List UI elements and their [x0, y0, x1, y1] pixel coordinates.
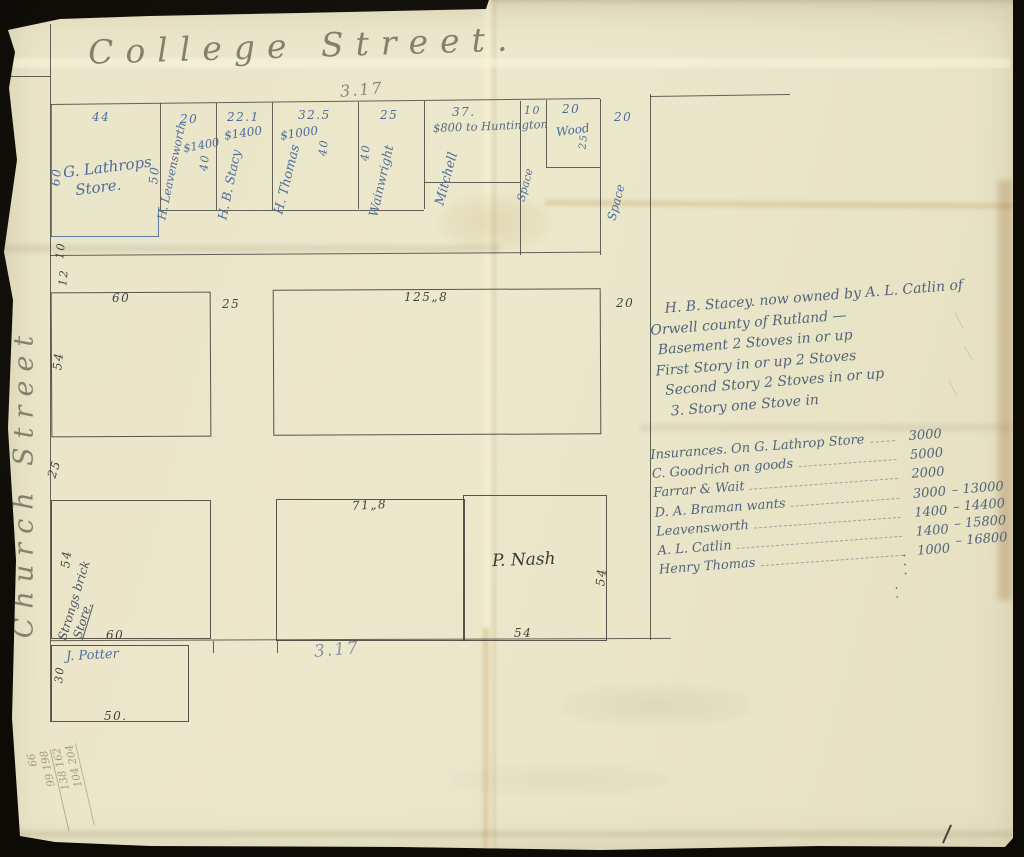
lot-owner: Mitchell	[433, 151, 462, 207]
crease-left	[0, 245, 500, 252]
street-label-church: Church Street	[9, 268, 40, 698]
insurance-amount: 3000	[904, 484, 947, 502]
stacey-memo: H. B. Stacey. now owned by A. L. Catlin …	[648, 270, 1024, 422]
margin-width-dim: 20	[614, 110, 632, 124]
strongs-front-dim: 60	[106, 628, 124, 642]
wood-rear-line	[546, 167, 600, 168]
lot-width: 25	[380, 108, 398, 122]
ghost-showthrough	[560, 685, 750, 725]
lower-mid-front-dim: 71„8	[352, 497, 388, 513]
potter-owner-label: J. Potter	[66, 647, 120, 665]
mid-lot-west	[51, 292, 212, 438]
nash-front-dim: 54	[514, 626, 532, 640]
fold-stain-lower	[481, 628, 491, 853]
insurance-amount: 3000	[899, 427, 942, 445]
insurance-list: Insurances. On G. Lathrop Store3000 C. G…	[650, 421, 1024, 582]
insurance-total	[943, 451, 1023, 457]
insurance-amount: 5000	[901, 446, 944, 464]
mid-gap-dim: 25	[222, 297, 240, 311]
nash-side-dim: 54	[593, 567, 609, 587]
store-frontage-dim: 44	[92, 110, 110, 124]
lower-mid-lot	[276, 499, 465, 641]
scanned-plat-map: { "street": { "top": "College Street.", …	[0, 0, 1024, 857]
insurance-amount: 1000	[908, 541, 951, 559]
mid-lot-east	[273, 288, 602, 435]
potter-side-dim: 30	[52, 665, 67, 683]
lot-depth: 40	[358, 143, 373, 161]
leader-line	[761, 555, 904, 566]
margin-space-label: Space	[604, 183, 627, 222]
lots-rear-line	[160, 210, 424, 211]
frontage-line-right-ext	[650, 94, 790, 97]
lot-width: 22.1	[227, 110, 260, 124]
store-depth-dim-left: 60	[48, 167, 64, 187]
margin-line-topleft	[0, 76, 50, 77]
mid-right-gap-dim: 20	[616, 296, 634, 310]
leader-line	[791, 497, 900, 506]
college-street-frontage-line	[50, 98, 600, 105]
plot-number-top: 3.17	[339, 78, 384, 101]
insurance-total	[942, 432, 1022, 438]
insurance-total	[945, 470, 1024, 476]
leader-line	[870, 440, 896, 443]
survey-tick	[213, 641, 214, 653]
strongs-side-dim: 54	[58, 549, 74, 569]
lot-owner: H. Thomas	[271, 143, 303, 216]
store-owner-label: G. Lathrops Store.	[62, 153, 155, 202]
aged-paper-sheet: College Street. 3.17 Church Street G. La…	[0, 0, 1024, 857]
nash-owner-label: P. Nash	[492, 549, 556, 571]
survey-tick	[277, 641, 278, 653]
leader-line	[798, 459, 896, 467]
lot-width: 20	[562, 102, 580, 116]
lot-price: $1400	[223, 123, 263, 142]
lot-depth: 40	[316, 138, 331, 156]
insurance-amount: 2000	[902, 465, 945, 483]
pencil-arithmetic: 66 99 198 138 162 104 204	[25, 743, 95, 837]
lot-divider	[216, 103, 217, 210]
street-label-college: College Street.	[87, 19, 519, 72]
block-gap-dim: 12	[56, 268, 71, 286]
lot-divider	[424, 101, 425, 209]
lot-width: 37.	[452, 105, 476, 119]
plot-number-bottom: 3.17	[313, 638, 360, 662]
blot-near-fold	[440, 195, 550, 250]
top-block-right-line	[600, 99, 601, 255]
lot-owner: Space	[514, 167, 535, 203]
row-gap-dim: 25	[45, 458, 64, 480]
lot-price: $1400	[182, 135, 220, 155]
insurance-amount: 1400	[906, 522, 949, 540]
mid-lot-front-dim: 125„8	[404, 290, 448, 304]
lot-depth: 25	[578, 133, 591, 150]
lot-divider	[272, 102, 273, 210]
potter-front-dim: 50.	[104, 709, 128, 723]
store-depth-dim-right: 50	[146, 165, 162, 185]
lot-divider	[546, 100, 547, 167]
ghost-showthrough-2	[450, 765, 670, 795]
boundary-line-right	[650, 94, 651, 640]
corner-pen-mark	[942, 824, 952, 843]
mid-lot-side-dim: 54	[50, 351, 66, 371]
ink-dots: ··	[894, 584, 899, 602]
crease-bottom	[15, 831, 1015, 837]
lot-price: $800 to Huntington	[433, 117, 548, 135]
lot-price: $1000	[279, 123, 319, 142]
lot-width: 10	[524, 104, 541, 117]
store-rear-strip-dim: 10	[53, 241, 68, 259]
lot-depth: 40	[197, 153, 212, 171]
insurance-amount: 1400	[905, 503, 948, 521]
mid-lot-front-dim: 60	[112, 291, 130, 305]
top-block-bottom-line	[50, 252, 600, 257]
lot-width: 32.5	[298, 108, 331, 122]
store-outline-bottom	[51, 236, 159, 237]
